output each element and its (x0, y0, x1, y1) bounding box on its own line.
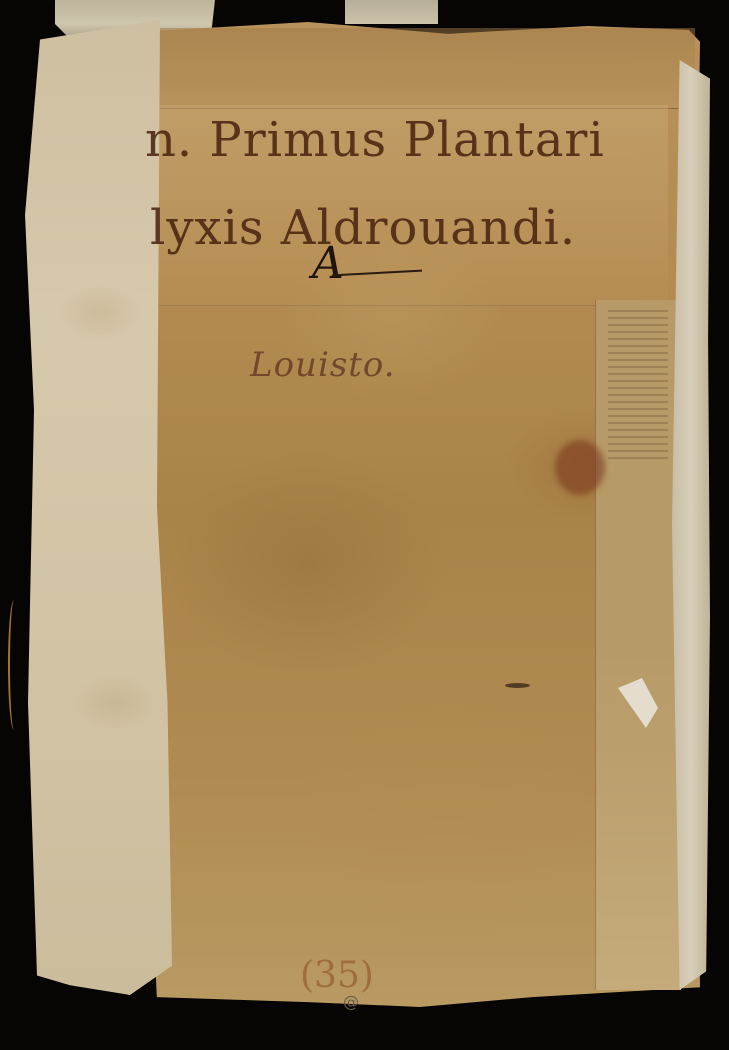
photograph-scene: n. Primus Plantari lyxis Aldrouandi. A L… (0, 0, 729, 1050)
cover-top-fold (140, 28, 695, 109)
red-stain (555, 440, 605, 495)
shelf-number: (35) (300, 955, 374, 996)
right-torn-edge (672, 60, 710, 990)
handwritten-signature: Louisto. (250, 345, 396, 385)
title-inscription-line-1: n. Primus Plantari (145, 112, 605, 168)
printed-text-remnant (608, 310, 668, 460)
small-stamp: @ (343, 992, 359, 1011)
binding-string (8, 600, 20, 730)
torn-flap-top-center (345, 0, 438, 24)
monogram-mark: A (312, 238, 344, 289)
dark-mark (505, 683, 530, 688)
title-inscription-line-2: lyxis Aldrouandi. (150, 200, 576, 256)
